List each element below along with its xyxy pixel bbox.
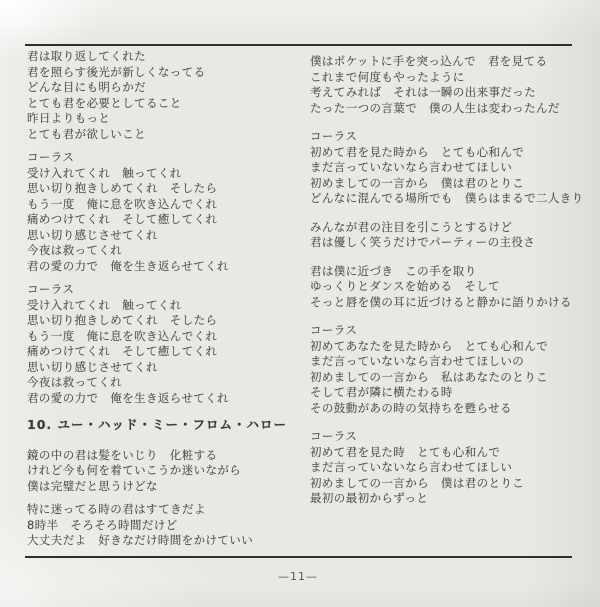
lyric-line: もう一度 俺に息を吹き込んでくれ <box>27 197 303 213</box>
lyric-line: 初めましての一言から 僕は君のとりこ <box>310 476 594 492</box>
lyric-line: 受け入れてくれ 触ってくれ <box>27 298 303 314</box>
lyric-line: コーラス <box>27 282 303 298</box>
stanza-chorus: コーラス初めて君を見た時から とても心和んでまだ言っていないなら言わせてほしい初… <box>310 129 594 207</box>
stanza-chorus: コーラス初めて君を見た時 とても心和んでまだ言っていないなら言わせてほしい初めま… <box>310 429 594 507</box>
lyric-line: コーラス <box>310 429 594 445</box>
stanza-chorus: コーラス受け入れてくれ 触ってくれ思い切り抱きしめてくれ そしたらもう一度 俺に… <box>27 282 303 406</box>
lyric-line: 思い切り感じさせてくれ <box>27 228 303 244</box>
lyric-line: 大丈夫だよ 好きなだけ時間をかけていい <box>27 533 303 549</box>
lyric-line: 8時半 そろそろ時間だけど <box>27 518 303 534</box>
lyric-line: 考えてみれば それは一瞬の出来事だった <box>310 85 594 101</box>
lyric-line: コーラス <box>27 150 303 166</box>
lyric-line: 初めましての一言から 僕は君のとりこ <box>310 176 594 192</box>
bottom-divider <box>25 556 572 558</box>
lyric-line: どんな目にも明らかだ <box>27 80 303 96</box>
lyric-line: まだ言っていないなら言わせてほしい <box>310 160 594 176</box>
track-title: 10. ユー・ハッド・ミー・フロム・ハロー <box>27 417 303 433</box>
lyric-line: コーラス <box>310 323 594 339</box>
lyric-line: 痛めつけてくれ そして癒してくれ <box>27 212 303 228</box>
lyric-line: みんなが君の注目を引こうとするけど <box>310 220 594 236</box>
lyric-line: その鼓動があの時の気持ちを甦らせる <box>310 401 594 417</box>
lyric-line: 初めて君を見た時から とても心和んで <box>310 145 594 161</box>
lyric-line: 鏡の中の君は髪をいじり 化粧する <box>27 448 303 464</box>
lyric-line: 受け入れてくれ 触ってくれ <box>27 166 303 182</box>
lyric-line: 初めて君を見た時 とても心和んで <box>310 445 594 461</box>
lyric-line: もう一度 俺に息を吹き込んでくれ <box>27 329 303 345</box>
lyric-line: ゆっくりとダンスを始める そして <box>310 279 594 295</box>
stanza: みんなが君の注目を引こうとするけど君は優しく笑うだけでパーティーの主役さ <box>310 220 594 251</box>
lyric-line: 最初の最初からずっと <box>310 491 594 507</box>
lyric-line: 思い切り感じさせてくれ <box>27 360 303 376</box>
lyric-line: 君の愛の力で 俺を生き返らせてくれ <box>27 259 303 275</box>
lyric-line: 君は取り返してくれた <box>27 49 303 65</box>
stanza: 鏡の中の君は髪をいじり 化粧するけれど今も何を着ていこうか迷いながら僕は完璧だと… <box>27 448 303 495</box>
stanza-chorus: コーラス初めてあなたを見た時から とても心和んでまだ言っていないなら言わせてほし… <box>310 323 594 416</box>
stanza: 僕はポケットに手を突っ込んで 君を見てるこれまで何度もやったように考えてみれば … <box>310 54 594 116</box>
lyric-line: そして君が隣に横たわる時 <box>310 385 594 401</box>
lyric-line: 君の愛の力で 俺を生き返らせてくれ <box>27 391 303 407</box>
lyric-line: 今夜は救ってくれ <box>27 375 303 391</box>
top-divider <box>25 44 572 46</box>
lyric-line: 痛めつけてくれ そして癒してくれ <box>27 344 303 360</box>
lyric-line: これまで何度もやったように <box>310 70 594 86</box>
lyric-line: まだ言っていないなら言わせてほしいの <box>310 354 594 370</box>
lyric-line: 特に迷ってる時の君はすてきだよ <box>27 502 303 518</box>
stanza: 特に迷ってる時の君はすてきだよ8時半 そろそろ時間だけど大丈夫だよ 好きなだけ時… <box>27 502 303 549</box>
lyric-line: 君を照らす後光が新しくなってる <box>27 65 303 81</box>
lyric-line: 思い切り抱きしめてくれ そしたら <box>27 313 303 329</box>
lyric-line: 君は優しく笑うだけでパーティーの主役さ <box>310 235 594 251</box>
lyric-line: とても君が欲しいこと <box>27 127 303 143</box>
lyric-line: 昨日よりもっと <box>27 111 303 127</box>
lyric-line: 僕はポケットに手を突っ込んで 君を見てる <box>310 54 594 70</box>
page-number: —11— <box>0 570 596 583</box>
lyric-line: けれど今も何を着ていこうか迷いながら <box>27 463 303 479</box>
booklet-page: 君は取り返してくれた君を照らす後光が新しくなってるどんな目にも明らかだとても君を… <box>0 0 600 607</box>
lyric-line: コーラス <box>310 129 594 145</box>
left-column: 君は取り返してくれた君を照らす後光が新しくなってるどんな目にも明らかだとても君を… <box>27 49 303 557</box>
lyric-line: どんなに混んでる場所でも 僕らはまるで二人きり <box>310 191 594 207</box>
lyric-line: とても君を必要としてること <box>27 96 303 112</box>
lyric-line: 初めましての一言から 私はあなたのとりこ <box>310 370 594 386</box>
lyric-line: 君は僕に近づき この手を取り <box>310 264 594 280</box>
lyric-line: そっと唇を僕の耳に近づけると静かに語りかける <box>310 295 594 311</box>
lyric-line: まだ言っていないなら言わせてほしい <box>310 460 594 476</box>
stanza: 君は取り返してくれた君を照らす後光が新しくなってるどんな目にも明らかだとても君を… <box>27 49 303 142</box>
stanza: 君は僕に近づき この手を取りゆっくりとダンスを始める そしてそっと唇を僕の耳に近… <box>310 264 594 311</box>
lyric-line: 今夜は救ってくれ <box>27 243 303 259</box>
stanza-chorus: コーラス受け入れてくれ 触ってくれ思い切り抱きしめてくれ そしたらもう一度 俺に… <box>27 150 303 274</box>
lyric-line: 思い切り抱きしめてくれ そしたら <box>27 181 303 197</box>
lyric-line: 初めてあなたを見た時から とても心和んで <box>310 339 594 355</box>
lyric-line: 僕は完璧だと思うけどな <box>27 479 303 495</box>
right-column: 僕はポケットに手を突っ込んで 君を見てるこれまで何度もやったように考えてみれば … <box>310 54 594 520</box>
lyric-line: たった一つの言葉で 僕の人生は変わったんだ <box>310 101 594 117</box>
